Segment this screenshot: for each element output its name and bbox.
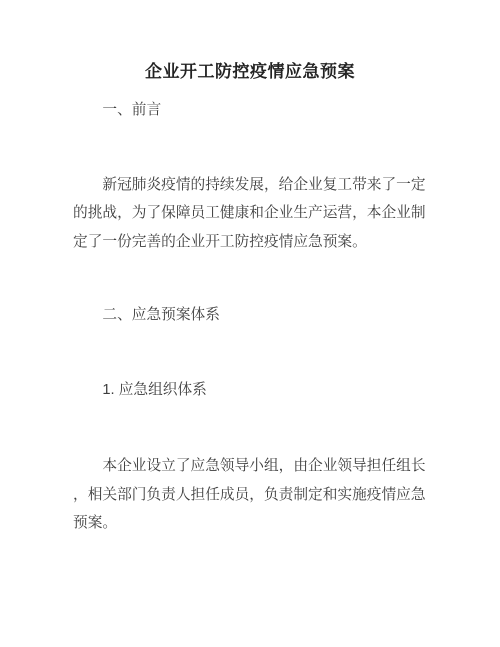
section-heading-plan-system: 二、应急预案体系 xyxy=(73,301,427,330)
subsection-heading-org-system: 1. 应急组织体系 xyxy=(73,376,427,405)
document-page: 企业开工防控疫情应急预案 一、前言 新冠肺炎疫情的持续发展，给企业复工带来了一定… xyxy=(0,0,500,647)
paragraph-foreword: 新冠肺炎疫情的持续发展，给企业复工带来了一定的挑战，为了保障员工健康和企业生产运… xyxy=(73,171,427,257)
paragraph-org-system: 本企业设立了应急领导小组，由企业领导担任组长，相关部门负责人担任成员，负责制定和… xyxy=(73,452,427,538)
section-heading-foreword: 一、前言 xyxy=(73,96,427,125)
document-title: 企业开工防控疫情应急预案 xyxy=(73,57,427,87)
